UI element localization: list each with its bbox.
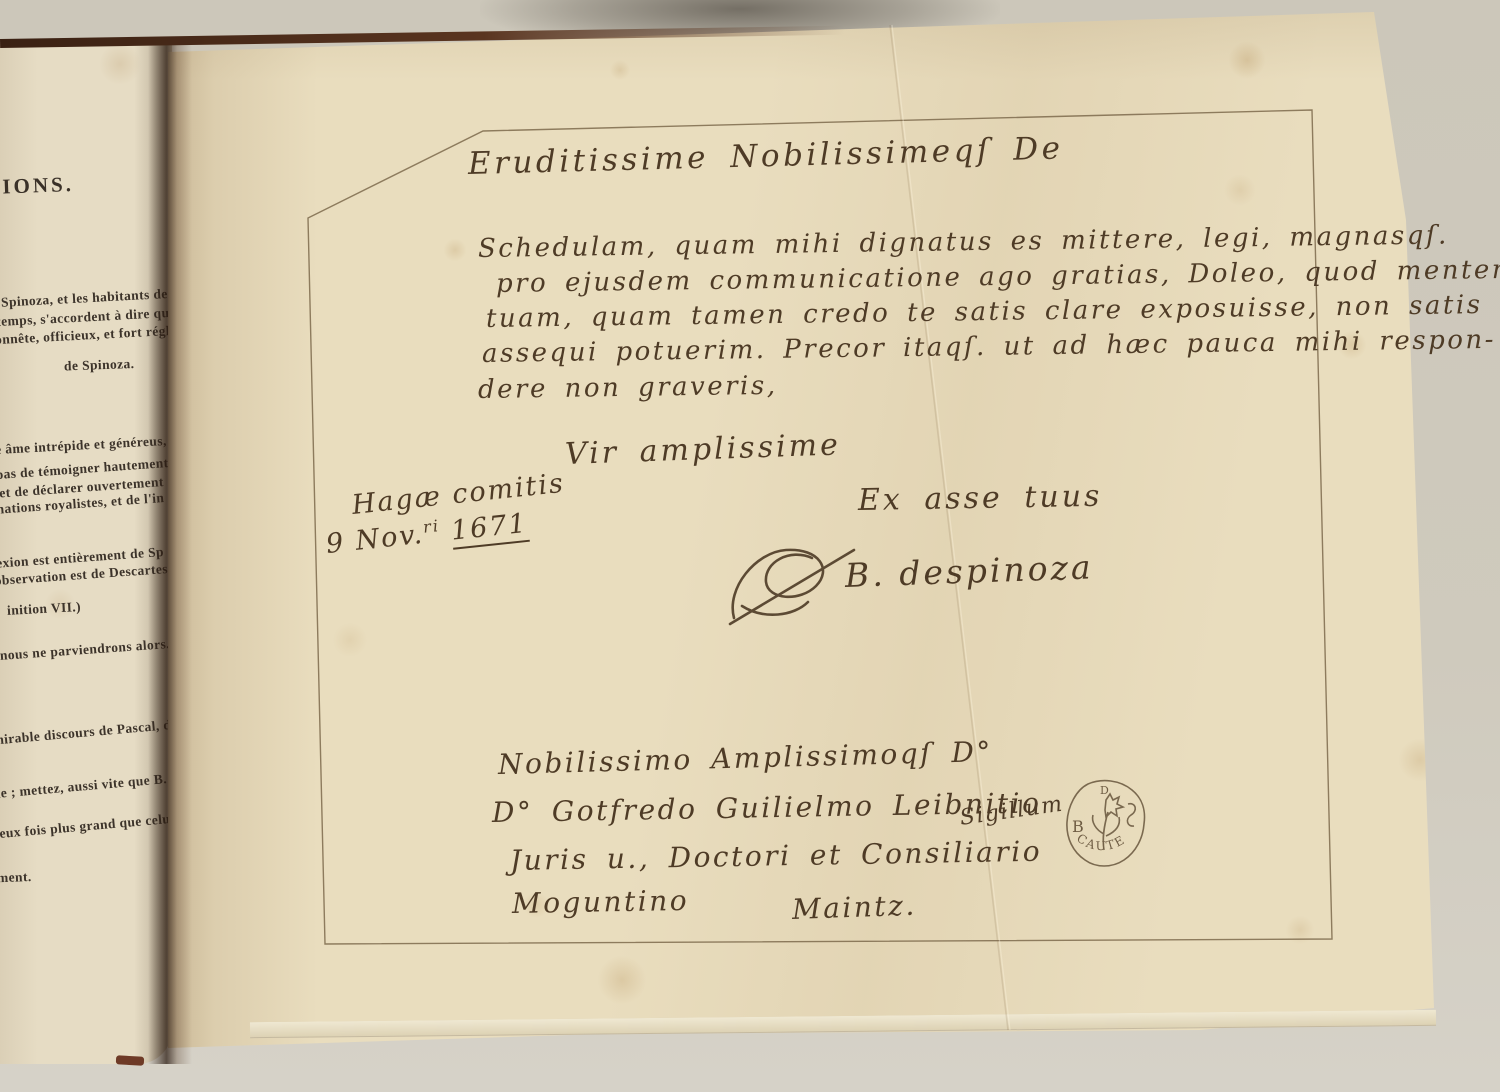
print-line: , nous ne parviendrons alors. <box>0 636 171 664</box>
print-line: ment. <box>0 869 32 886</box>
date-superscript: ri <box>422 516 441 537</box>
seal-right-scroll <box>1127 804 1135 826</box>
print-line: le ; mettez, aussi vite que B. <box>0 771 168 802</box>
print-line: d'une âme intrépide et généreus, <box>0 433 167 459</box>
cover-corner-mark <box>116 1055 144 1065</box>
print-line: dmirable discours de Pascal, d <box>0 717 172 749</box>
address-city: Maintz. <box>791 889 917 926</box>
svg-text:CAUTE: CAUTE <box>1074 831 1128 853</box>
left-page-text-clip: DITIONS. avec Spinoza, et les habitants … <box>0 44 172 1064</box>
left-page: DITIONS. avec Spinoza, et les habitants … <box>0 44 172 1064</box>
seal-letter-d: D <box>1100 784 1109 797</box>
print-line: inition VII.) <box>7 599 82 619</box>
print-line: de Spinoza. <box>63 356 134 374</box>
paraph-undercurl <box>742 602 808 615</box>
letter-closing-ex-asse: Ex asse tuus <box>858 479 1103 518</box>
letter-body-line: dere non graveris, <box>478 371 778 405</box>
seal-leaf-left <box>1093 815 1104 834</box>
seal-motto: CAUTE <box>1074 831 1128 853</box>
seal-leaf-right <box>1106 817 1119 836</box>
seal-drawing: B D CAUTE <box>1058 776 1152 874</box>
left-page-heading: DITIONS. <box>0 172 74 201</box>
book-gutter-shadow <box>148 42 192 1064</box>
book-photo: DITIONS. avec Spinoza, et les habitants … <box>0 0 1500 1092</box>
print-line: z, deux fois plus grand que celu <box>0 811 171 844</box>
address-line: Moguntino <box>512 884 690 920</box>
